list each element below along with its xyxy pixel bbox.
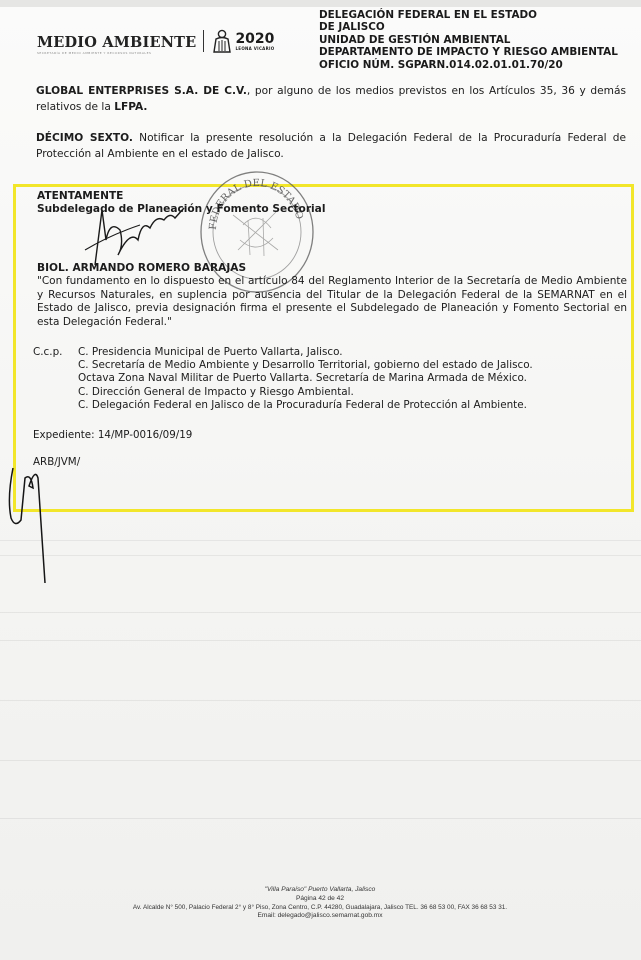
paragraph-notification: GLOBAL ENTERPRISES S.A. DE C.V., por alg… — [36, 84, 626, 115]
logo-divider — [203, 30, 204, 52]
bleed-through-line — [0, 640, 641, 641]
margin-initial-signature — [5, 458, 50, 588]
bleed-through-line — [0, 555, 641, 556]
oficio-number: OFICIO NÚM. SGPARN.014.02.01.01.70/20 — [319, 59, 618, 71]
logo-title: MEDIO AMBIENTE — [37, 34, 196, 51]
header-line: DEPARTAMENTO DE IMPACTO Y RIESGO AMBIENT… — [319, 46, 618, 58]
footer-place: "Villa Paraíso" Puerto Vallarta, Jalisco — [265, 886, 376, 893]
footer-address: Av. Alcalde N° 500, Palacio Federal 2° y… — [60, 904, 580, 913]
carbon-copy-list: C.c.p. C. Presidencia Municipal de Puert… — [33, 346, 533, 412]
footer-email: Email: delegado@jalisco.semarnat.gob.mx — [60, 912, 580, 921]
bleed-through-line — [0, 760, 641, 761]
clause-heading: DÉCIMO SEXTO. — [36, 132, 133, 144]
signer-title: Subdelegado de Planeación y Fomento Sect… — [37, 203, 325, 216]
page-number: Página 42 de 42 — [60, 895, 580, 904]
office-header: DELEGACIÓN FEDERAL EN EL ESTADO DE JALIS… — [319, 9, 618, 71]
ccp-label: C.c.p. — [33, 346, 78, 412]
case-file-number: Expediente: 14/MP-0016/09/19 — [33, 429, 192, 441]
ccp-recipient: C. Dirección General de Impacto y Riesgo… — [78, 386, 533, 399]
bleed-through-line — [0, 700, 641, 701]
lfpa-reference: LFPA. — [114, 101, 147, 113]
closing-text: ATENTAMENTE — [37, 190, 325, 203]
bleed-through-line — [0, 540, 641, 541]
top-strip — [0, 0, 641, 7]
company-name: GLOBAL ENTERPRISES S.A. DE C.V. — [36, 85, 247, 97]
ccp-recipient: C. Delegación Federal en Jalisco de la P… — [78, 399, 533, 412]
logo-year: 2020 — [235, 32, 274, 46]
page-footer: "Villa Paraíso" Puerto Vallarta, Jalisco… — [60, 886, 580, 921]
header-line: UNIDAD DE GESTIÓN AMBIENTAL — [319, 34, 618, 46]
leona-vicario-portrait-icon — [212, 29, 232, 53]
signer-name: BIOL. ARMANDO ROMERO BARAJAS — [37, 262, 246, 274]
legal-basis-text: "Con fundamento en lo dispuesto en el ar… — [37, 275, 627, 329]
bleed-through-line — [0, 612, 641, 613]
ccp-recipient: C. Secretaría de Medio Ambiente y Desarr… — [78, 359, 533, 372]
ccp-recipient: Octava Zona Naval Militar de Puerto Vall… — [78, 372, 533, 385]
header-line: DELEGACIÓN FEDERAL EN EL ESTADO — [319, 9, 618, 21]
closing-block: ATENTAMENTE Subdelegado de Planeación y … — [37, 190, 325, 216]
semarnat-logo: MEDIO AMBIENTE SECRETARÍA DE MEDIO AMBIE… — [37, 29, 274, 53]
ccp-recipient: C. Presidencia Municipal de Puerto Valla… — [78, 346, 533, 359]
paragraph-decimo-sexto: DÉCIMO SEXTO. Notificar la presente reso… — [36, 131, 626, 162]
logo-year-subtitle: LEONA VICARIO — [235, 46, 274, 51]
logo-tagline: SECRETARÍA DE MEDIO AMBIENTE Y RECURSOS … — [37, 51, 151, 55]
header-line: DE JALISCO — [319, 21, 618, 33]
bleed-through-line — [0, 818, 641, 819]
